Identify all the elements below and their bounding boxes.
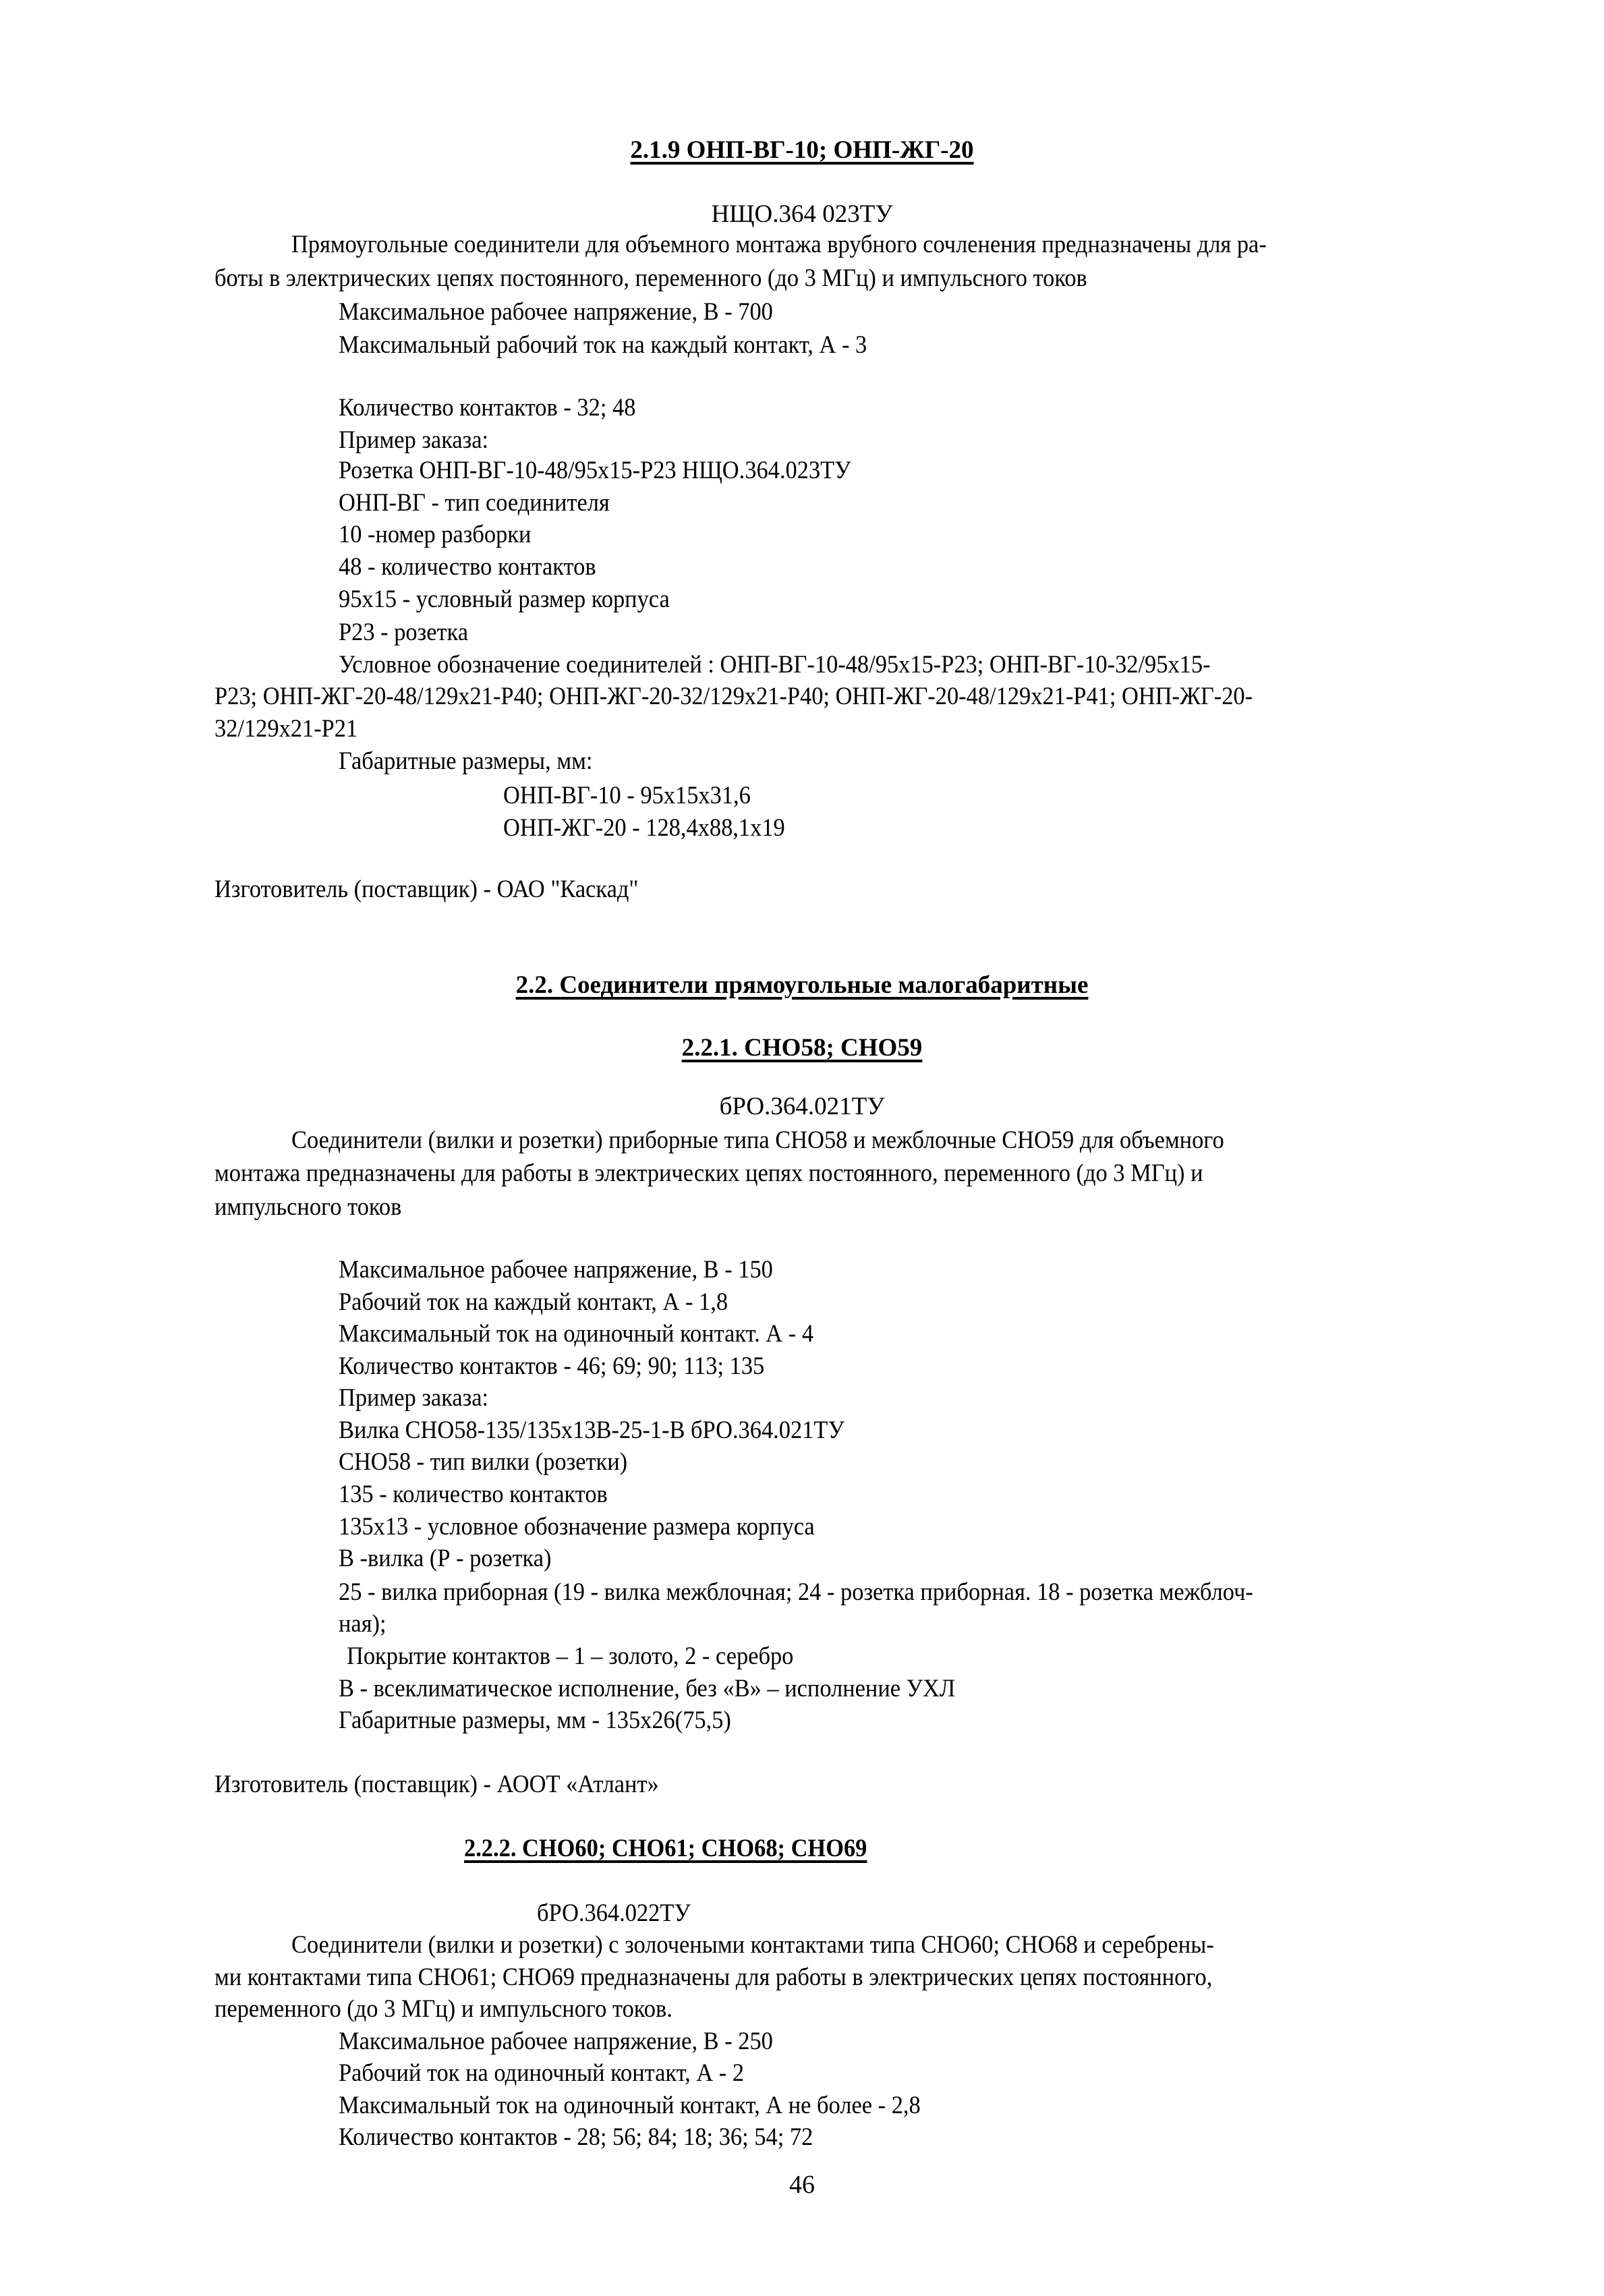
- spec-line: Максимальный рабочий ток на каждый конта…: [339, 331, 867, 360]
- description-line: боты в электрических цепях постоянного, …: [214, 264, 1087, 293]
- description-line: импульсного токов: [214, 1193, 401, 1222]
- dimension-line: ОНП-ЖГ-20 - 128,4х88,1х19: [503, 813, 785, 843]
- section-heading-2-2-2: 2.2.2. СНО60; СНО61; СНО68; СНО69: [464, 1834, 867, 1864]
- spec-line: Габаритные размеры, мм - 135х26(75,5): [339, 1706, 731, 1735]
- spec-line: 25 - вилка приборная (19 - вилка межблоч…: [339, 1578, 1253, 1607]
- manufacturer: Изготовитель (поставщик) - ОАО "Каскад": [214, 875, 638, 905]
- spec-line: Максимальный ток на одиночный контакт. А…: [339, 1319, 813, 1349]
- spec-line: Максимальное рабочее напряжение, В - 250: [339, 2027, 773, 2057]
- spec-line: Количество контактов - 28; 56; 84; 18; 3…: [339, 2123, 813, 2152]
- spec-reference: бРО.364.022ТУ: [537, 1899, 691, 1928]
- description-line: Прямоугольные соединители для объемного …: [291, 230, 1267, 260]
- spec-line: Максимальное рабочее напряжение, В - 700: [339, 297, 773, 327]
- page-number: 46: [0, 2170, 1604, 2200]
- spec-line: В -вилка (Р - розетка): [339, 1544, 551, 1574]
- spec-line: Рабочий ток на одиночный контакт, А - 2: [339, 2059, 744, 2088]
- section-heading-2-1-9: 2.1.9 ОНП-ВГ-10; ОНП-ЖГ-20: [0, 136, 1604, 165]
- order-legend-line: 10 -номер разборки: [339, 520, 531, 550]
- spec-line: Количество контактов - 46; 69; 90; 113; …: [339, 1352, 764, 1381]
- section-heading-2-2-1: 2.2.1. СНО58; СНО59: [0, 1033, 1604, 1063]
- description-line: монтажа предназначены для работы в элект…: [214, 1159, 1203, 1188]
- order-legend-line: Р23 - розетка: [339, 618, 468, 648]
- spec-line: Максимальный ток на одиночный контакт, А…: [339, 2091, 921, 2121]
- spec-line: Максимальное рабочее напряжение, В - 150: [339, 1255, 773, 1285]
- description-line: ми контактами типа СНО61; СНО69 предназн…: [214, 1963, 1212, 1992]
- order-example: Розетка ОНП-ВГ-10-48/95х15-Р23 НЩО.364.0…: [339, 456, 851, 486]
- description-line: переменного (до 3 МГц) и импульсного ток…: [214, 1994, 672, 2024]
- spec-line: Пример заказа:: [339, 1383, 488, 1413]
- spec-line: В - всеклиматическое исполнение, без «В»…: [339, 1674, 955, 1704]
- section-heading-2-2: 2.2. Соединители прямоугольные малогабар…: [0, 971, 1604, 1000]
- dimension-line: ОНП-ВГ-10 - 95х15х31,6: [503, 781, 751, 811]
- spec-line: Вилка СНО58-135/135х13В-25-1-В бРО.364.0…: [339, 1416, 844, 1445]
- spec-reference: НЩО.364 023ТУ: [0, 200, 1604, 229]
- manufacturer: Изготовитель (поставщик) - АООТ «Атлант»: [214, 1770, 659, 1800]
- order-legend-line: 95х15 - условный размер корпуса: [339, 585, 670, 614]
- designations-line: 32/129х21-Р21: [214, 714, 357, 744]
- spec-line: СНО58 - тип вилки (розетки): [339, 1447, 627, 1477]
- designations-line: Условное обозначение соединителей : ОНП-…: [339, 650, 1211, 680]
- order-legend-line: ОНП-ВГ - тип соединителя: [339, 488, 610, 518]
- spec-line: 135 - количество контактов: [339, 1480, 608, 1510]
- order-example-label: Пример заказа:: [339, 426, 488, 455]
- dimensions-label: Габаритные размеры, мм:: [339, 747, 592, 776]
- designations-line: Р23; ОНП-ЖГ-20-48/129х21-Р40; ОНП-ЖГ-20-…: [214, 682, 1253, 712]
- spec-line: Покрытие контактов – 1 – золото, 2 - сер…: [347, 1642, 793, 1671]
- spec-line: 135х13 - условное обозначение размера ко…: [339, 1512, 815, 1542]
- description-line: Соединители (вилки и розетки) приборные …: [291, 1126, 1224, 1155]
- order-legend-line: 48 - количество контактов: [339, 552, 596, 582]
- description-line: Соединители (вилки и розетки) с золочены…: [291, 1930, 1214, 1960]
- spec-line: ная);: [339, 1609, 386, 1639]
- contacts-count: Количество контактов - 32; 48: [339, 393, 635, 423]
- spec-line: Рабочий ток на каждый контакт, А - 1,8: [339, 1288, 728, 1317]
- spec-reference: бРО.364.021ТУ: [0, 1092, 1604, 1122]
